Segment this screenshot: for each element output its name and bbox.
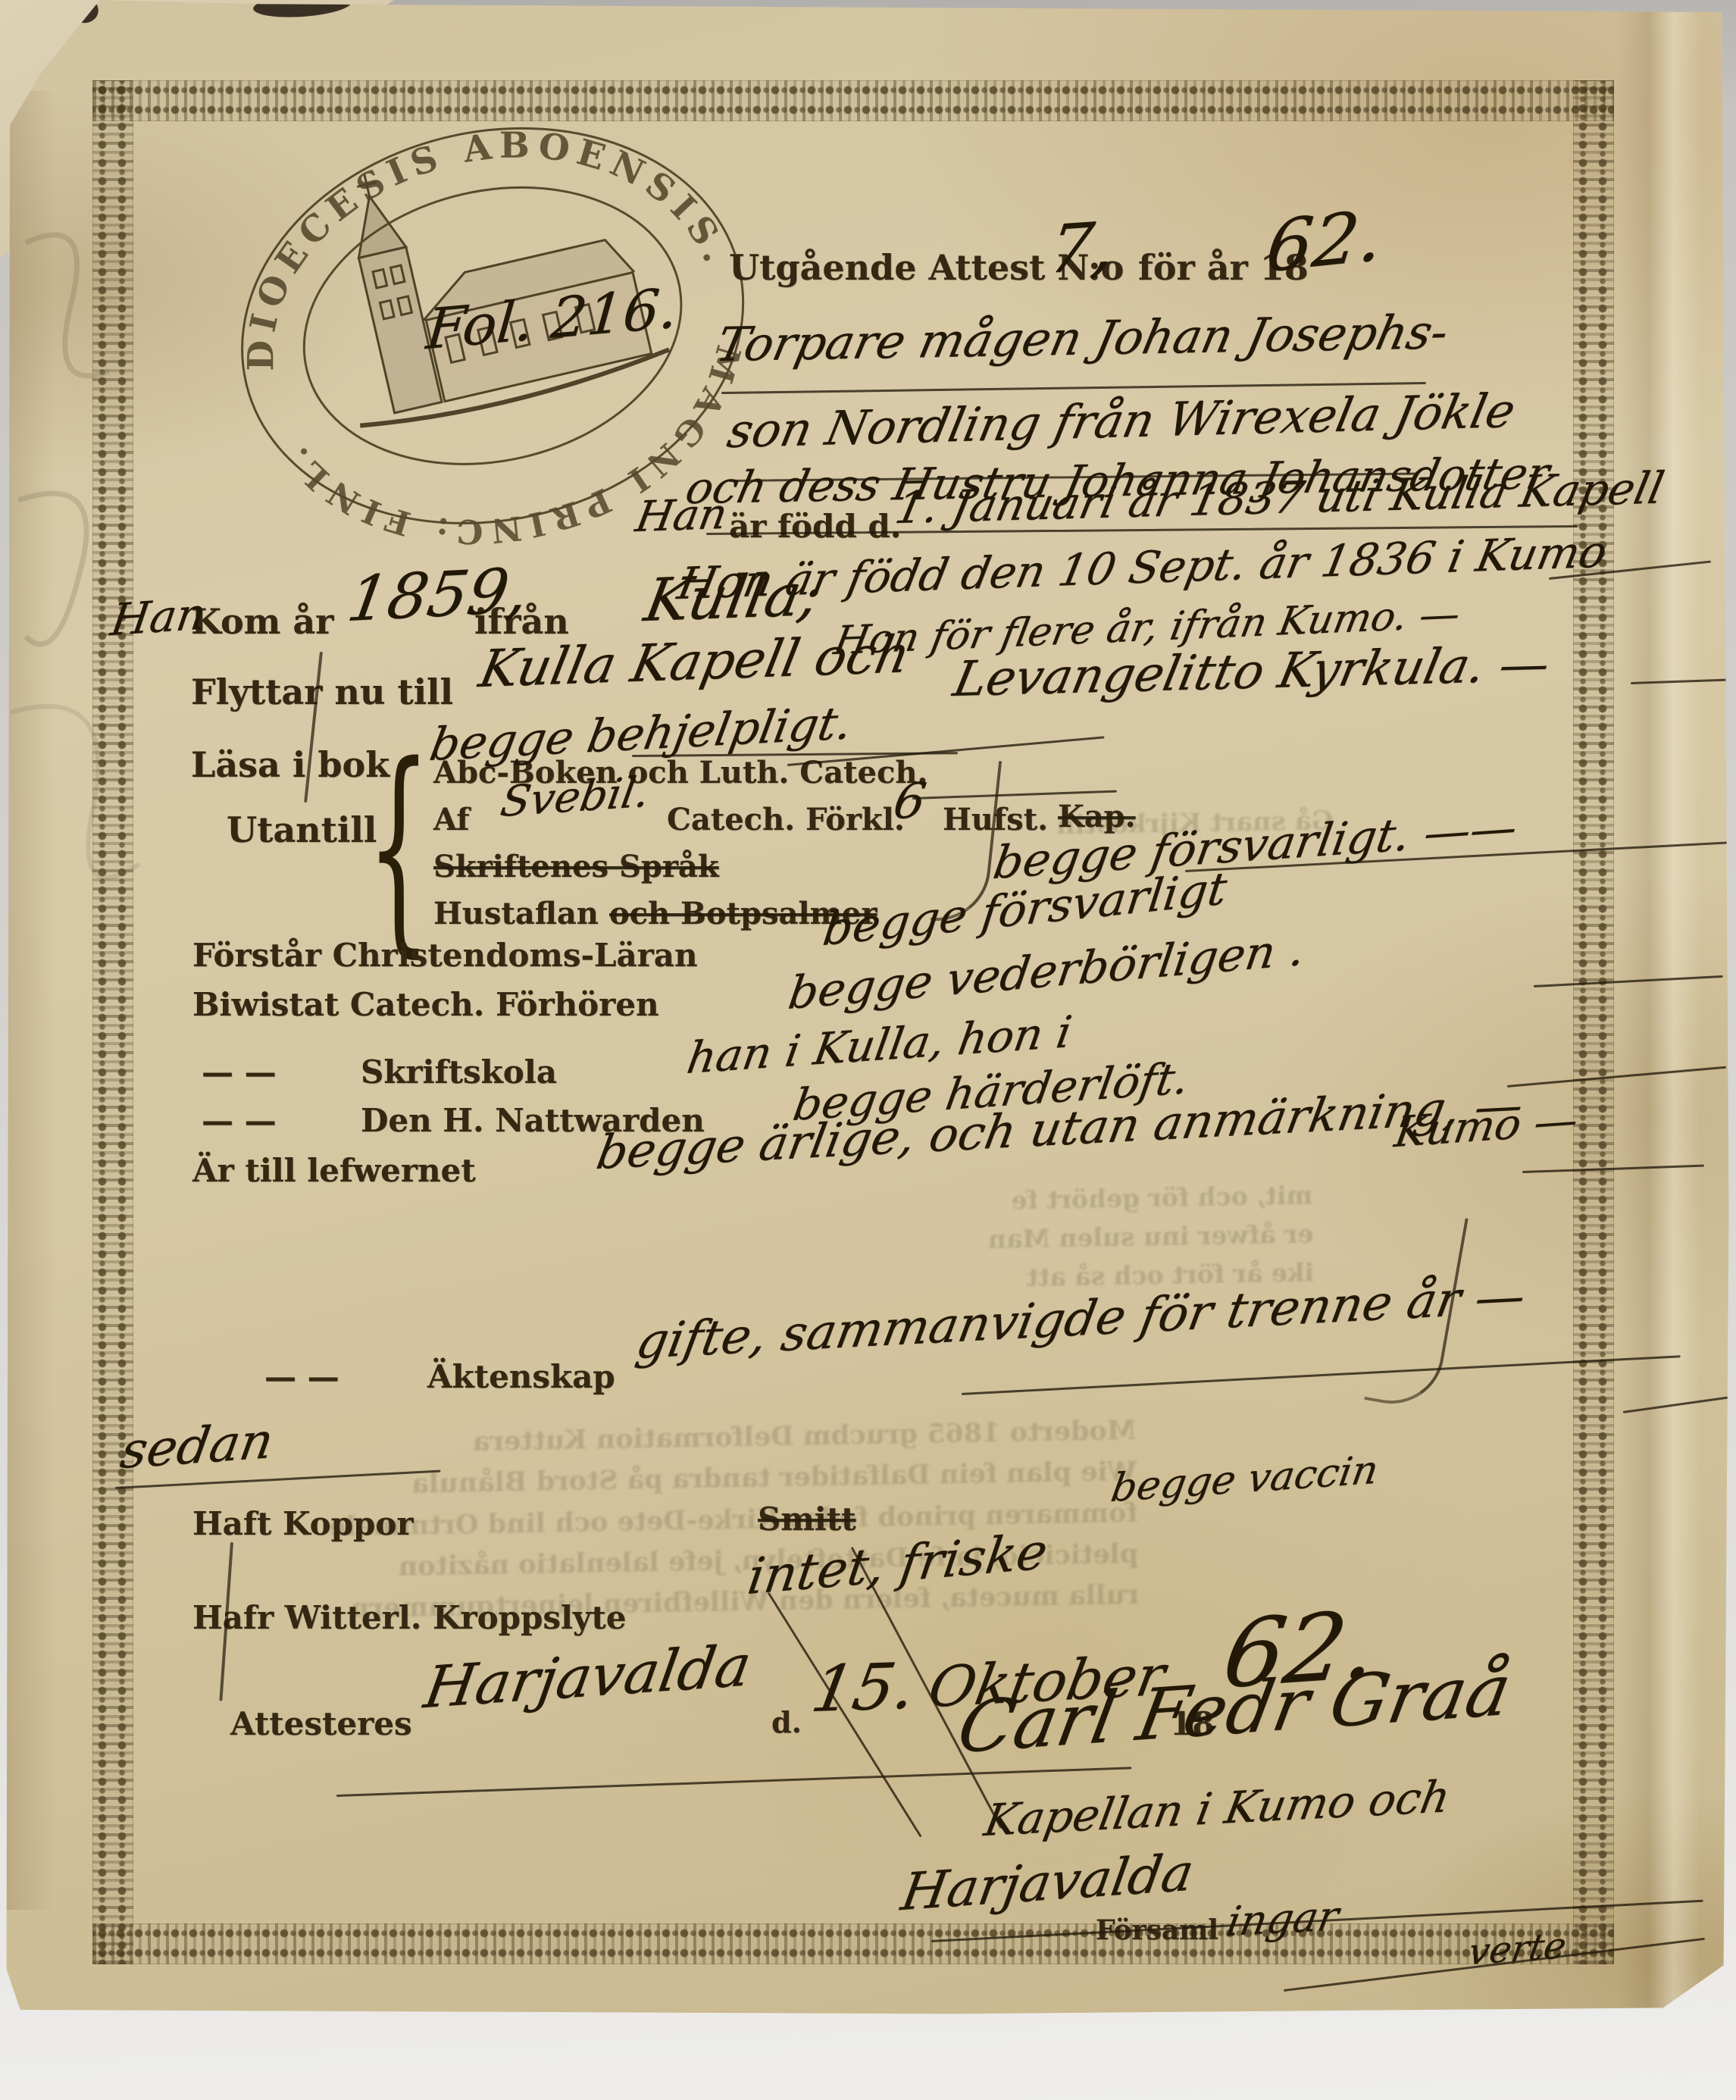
ink-stroke — [1507, 1066, 1726, 1088]
border-ornament-top — [92, 80, 1614, 121]
attested-label: Attesteres — [230, 1705, 412, 1742]
ink-stroke — [1623, 1397, 1728, 1413]
person-line-1: Torpare mågen Johan Josephs- — [712, 304, 1453, 372]
smitt-label-struck: Smitt — [758, 1501, 856, 1538]
ink-stroke — [336, 1767, 1131, 1797]
ditto-dashes: — — — [264, 1358, 339, 1395]
attested-place: Harjavalda — [420, 1632, 755, 1721]
had-smallpox-label: Haft Koppor — [192, 1505, 413, 1542]
arrived-year-label: Kom år — [191, 601, 333, 642]
bleedthrough-text: mit, och för gehört fe er åfwer inu sule… — [987, 1175, 1315, 1297]
smallpox-entry: begge vaccin — [1108, 1447, 1381, 1511]
attest-number-value: 7, — [1044, 206, 1120, 289]
ditto-dashes: — — — [202, 1053, 277, 1091]
arrived-from-value: Kulla; — [640, 561, 827, 635]
signature-place: Harjavalda — [897, 1843, 1198, 1923]
person-line-2: son Nordling från Wirexela Jökle — [723, 383, 1520, 458]
marriage-label: Äktenskap — [427, 1358, 615, 1395]
ink-stroke — [1631, 678, 1729, 684]
svebilius-entry: Svebil. — [497, 768, 653, 827]
paper-crease — [1617, 0, 1700, 2016]
ditto-dashes: — — — [202, 1102, 277, 1139]
af-label: Af — [433, 802, 470, 837]
bodily-defect-label: Hafr Witterl. Kroppslyte — [192, 1599, 626, 1636]
arrived-year-value: 1859, — [343, 555, 533, 636]
born-label: är född d. — [729, 508, 901, 545]
hustaflan-item: Hustaflan — [433, 896, 599, 931]
parish-hand-fragment: ingar — [1223, 1892, 1342, 1945]
by-heart-label: Utantill — [227, 809, 377, 850]
understands-doctrine-label: Förstår Christendoms-Läran — [192, 937, 698, 974]
bleed-line: er åfwer inu sulen Man — [988, 1214, 1314, 1259]
border-ornament-right — [1573, 80, 1614, 1964]
attest-year-value: 62. — [1262, 195, 1387, 289]
bleedthrough-text: Moderto 1865 grucbm Delformation Kuttera… — [327, 1410, 1140, 1630]
signature-title: Kapellan i Kumo och — [981, 1770, 1454, 1846]
bleed-line: mit, och för gehört fe — [987, 1175, 1313, 1220]
scripture-language-item-struck: Skriftenes Språk — [433, 849, 719, 884]
date-d-label: d. — [771, 1705, 802, 1739]
reads-in-book-label: Läsa i bok — [191, 744, 389, 785]
confirmation-school-label: Skriftskola — [361, 1053, 557, 1091]
date-day: 15. — [806, 1648, 921, 1726]
catech-forkl-label: Catech. Förkl. — [667, 802, 905, 837]
conduct-label: Är till lefwernet — [192, 1152, 476, 1189]
photo-of-document: DIOECESIS ABOENSIS. MAGNI PRINC: FINL. — [0, 0, 1736, 2100]
border-ornament-bottom — [92, 1923, 1614, 1964]
marriage-entry-2: sedan — [117, 1411, 277, 1480]
document-page: DIOECESIS ABOENSIS. MAGNI PRINC: FINL. — [3, 0, 1732, 2022]
moving-to-label: Flyttar nu till — [191, 671, 453, 712]
han-overwrite: Han — [108, 588, 209, 646]
attended-examinations-label: Biwistat Catech. Förhören — [192, 986, 659, 1023]
ink-stroke — [1534, 975, 1723, 987]
